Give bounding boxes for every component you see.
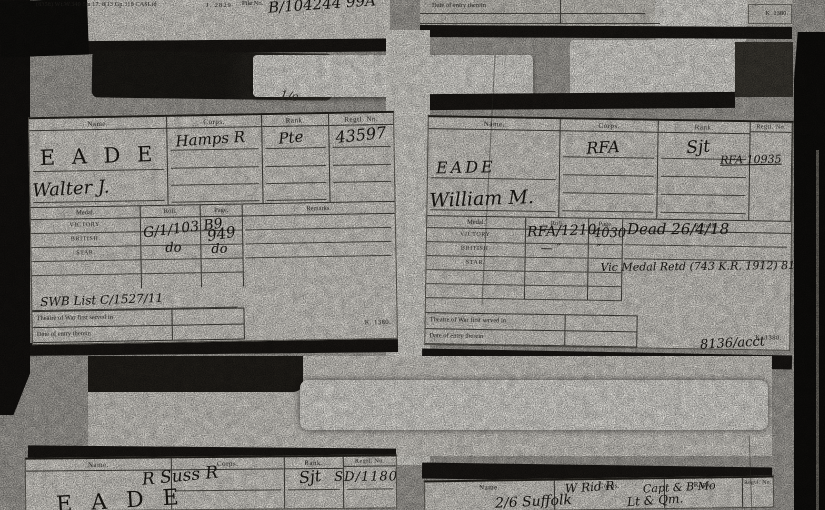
scan-edge-left (0, 0, 30, 415)
medal-table: Medal. Roll. Page. Remarks. Victory. Bri… (31, 201, 396, 291)
regtl-no-header: Regtl. No. (344, 456, 396, 466)
victory-row-label: Victory. (427, 228, 525, 239)
corps-header: Corps. (167, 115, 261, 129)
entry-row: Date of entry therein (33, 323, 245, 343)
forename-value: Walter J. (32, 178, 110, 200)
british-row-label: British. (427, 242, 525, 253)
shadow-band-under-right-strip (428, 92, 735, 110)
ruled-line (420, 13, 645, 14)
ruled-line (266, 182, 327, 184)
corps-line2-value: 2/6 Suffolk (495, 493, 572, 510)
medal-card-bottom-left-partial: Name. E A D E Corps. R Suss R Rank. Sjt … (25, 454, 397, 510)
regtl-no-value: SD/1180 (334, 470, 397, 484)
ruled-line (333, 164, 391, 166)
shadow-zone-right (735, 42, 793, 97)
scanned-medal-card-sheet: (8358) Wt.W.340 5m 17. 8|13 Gp.318 CASLt… (0, 0, 825, 510)
paper-strip-right (570, 40, 735, 97)
entry-label: Date of entry therein (33, 326, 173, 342)
account-note: 8136/acct (700, 335, 766, 351)
ruled-line (660, 212, 745, 214)
ruled-line (431, 177, 556, 180)
british-row-label: British. (31, 232, 140, 243)
ruled-line (171, 183, 258, 186)
paper-strip-lower (300, 380, 768, 430)
regtl-no-header: Regtl. No. (751, 122, 792, 133)
scan-edge-right (794, 32, 825, 510)
rank-value: Pte (278, 130, 304, 147)
star-row-label: Star. (31, 246, 140, 257)
ruled-line (563, 156, 653, 158)
ruled-line (563, 210, 653, 212)
ruled-line (563, 174, 653, 176)
fragment-entry-label: Date of entry therein (432, 2, 486, 9)
corps-value: Hamps R (175, 130, 245, 150)
ruled-line (246, 255, 392, 259)
corps-line1-value: W Rid R (565, 480, 615, 495)
medal-card-bottom-right-partial: Name. Corps. Rank. Regtl. No. W Rid R Ca… (424, 476, 774, 510)
medal-card-william-eade: Name. EADE William M. Corps. RFA Rank. (424, 115, 794, 351)
scan-edge-highlight (816, 150, 819, 510)
british-roll-value: do (165, 242, 181, 255)
victory-page-value: 4030 (593, 227, 626, 241)
name-header: Name. (425, 481, 554, 494)
remarks-area (243, 214, 396, 287)
ruled-line (625, 244, 787, 248)
swb-note: SWB List C/1527/11 (40, 292, 163, 308)
surname-value: EADE (436, 159, 496, 176)
regtl-no-column: Regtl. No. 43597 (329, 113, 394, 202)
british-page-value: do (211, 243, 227, 256)
regtl-no-value: 43597 (335, 125, 387, 146)
surname-value: E A D E (39, 144, 157, 169)
ruled-line (171, 166, 258, 169)
fragment-entry-row: Date of entry therein (420, 0, 660, 24)
entry-row: Date of entry therein (425, 328, 637, 347)
corps-value: R Suss R (142, 465, 220, 489)
ruled-line (334, 181, 392, 183)
rank-value: Sjt (686, 139, 711, 158)
ruled-line (245, 241, 391, 245)
rank-column: Rank. Sjt (657, 121, 751, 220)
shadow-blob-band-left (88, 356, 303, 392)
theatre-value-cell (565, 315, 637, 331)
entry-value-cell (173, 324, 245, 339)
printer-imprint: (8358) Wt.W.340 5m 17. 8|13 Gp.318 CASLt… (36, 2, 157, 8)
victory-remark-value: Dead 26/4/18 (627, 222, 729, 237)
ruled-line (172, 200, 259, 203)
corner-code: K. 1380. (365, 319, 392, 326)
victory-row-label: Victory. (31, 218, 140, 229)
corps-column: Corps. Hamps R (167, 115, 263, 205)
regtl-no-column: Regtl. No. (749, 122, 792, 221)
corner-code: K. 1380. (765, 10, 788, 17)
star-remark-value: Vic Medal Retd (743 K.R. 1912) 8136/acct (600, 259, 825, 272)
file-no-label: File No. (242, 0, 263, 7)
british-page-value: ″ (597, 243, 602, 255)
rank-header: Rank. (262, 114, 329, 127)
name-header: Name. (29, 117, 166, 131)
corps-header: Corps. (561, 119, 658, 133)
ruled-line (660, 194, 745, 196)
medal-card-walter-eade: Name. E A D E Walter J. Corps. Hamps R R… (28, 111, 398, 345)
ruled-line (288, 489, 341, 490)
ruled-line (266, 165, 327, 167)
regtl-no-value: RFA 10935 (720, 154, 782, 166)
name-header: Name. (429, 117, 560, 131)
ruled-line (266, 199, 327, 201)
ruled-line (347, 488, 393, 489)
forename-value: William M. (429, 188, 534, 211)
name-column: Name. E A D E Walter J. (29, 117, 169, 207)
ruled-line (265, 147, 326, 149)
medal-header: Medal. (31, 206, 141, 219)
pencil-note: 1/c (279, 89, 299, 103)
regtl-no-column: Regtl. No. (743, 478, 773, 508)
star-row-label: Star. (426, 256, 524, 267)
ruled-line (563, 192, 653, 194)
medal-header: Medal. (427, 216, 526, 229)
rank-line2-value: Lt & Qm. (627, 492, 684, 508)
british-roll-value: — ″ (541, 242, 561, 254)
entry-label: Date of entry therein (425, 329, 565, 345)
regtl-no-column: Regtl. No. SD/1180 (344, 456, 396, 508)
page-header: Page. (201, 204, 243, 216)
entry-value-cell (565, 331, 637, 346)
scan-edge-corner (0, 0, 89, 58)
ruled-line (560, 0, 561, 24)
ruled-line (175, 489, 280, 491)
regtl-no-header: Regtl. No. (743, 478, 773, 487)
theatre-value-cell (172, 308, 244, 324)
printer-imprint-number: J. 2829 (206, 2, 232, 9)
fragment-corner-box: K. 1380. (748, 4, 792, 24)
surname-value: E A D E (56, 487, 186, 510)
ruled-line (661, 176, 746, 178)
corps-column: Corps. R Suss R (172, 457, 285, 510)
rank-header: Rank. (658, 121, 750, 134)
name-table: Name. E A D E Walter J. Corps. Hamps R R… (29, 113, 394, 207)
rank-value: Sjt (298, 468, 322, 486)
corps-value: RFA (586, 139, 620, 157)
roll-header: Roll. (141, 205, 201, 217)
name-table: Name. E A D E Corps. R Suss R Rank. Sjt … (26, 456, 396, 510)
name-table: Name. EADE William M. Corps. RFA Rank. (427, 117, 792, 221)
victory-roll-value: RFA/1210 (527, 223, 597, 240)
corps-column: Corps. RFA (560, 119, 659, 219)
rank-column: Rank. Pte (262, 114, 331, 203)
shadow-band-top-right (420, 25, 792, 39)
name-column: Name. EADE William M. (427, 117, 561, 217)
ruled-line (245, 227, 391, 231)
